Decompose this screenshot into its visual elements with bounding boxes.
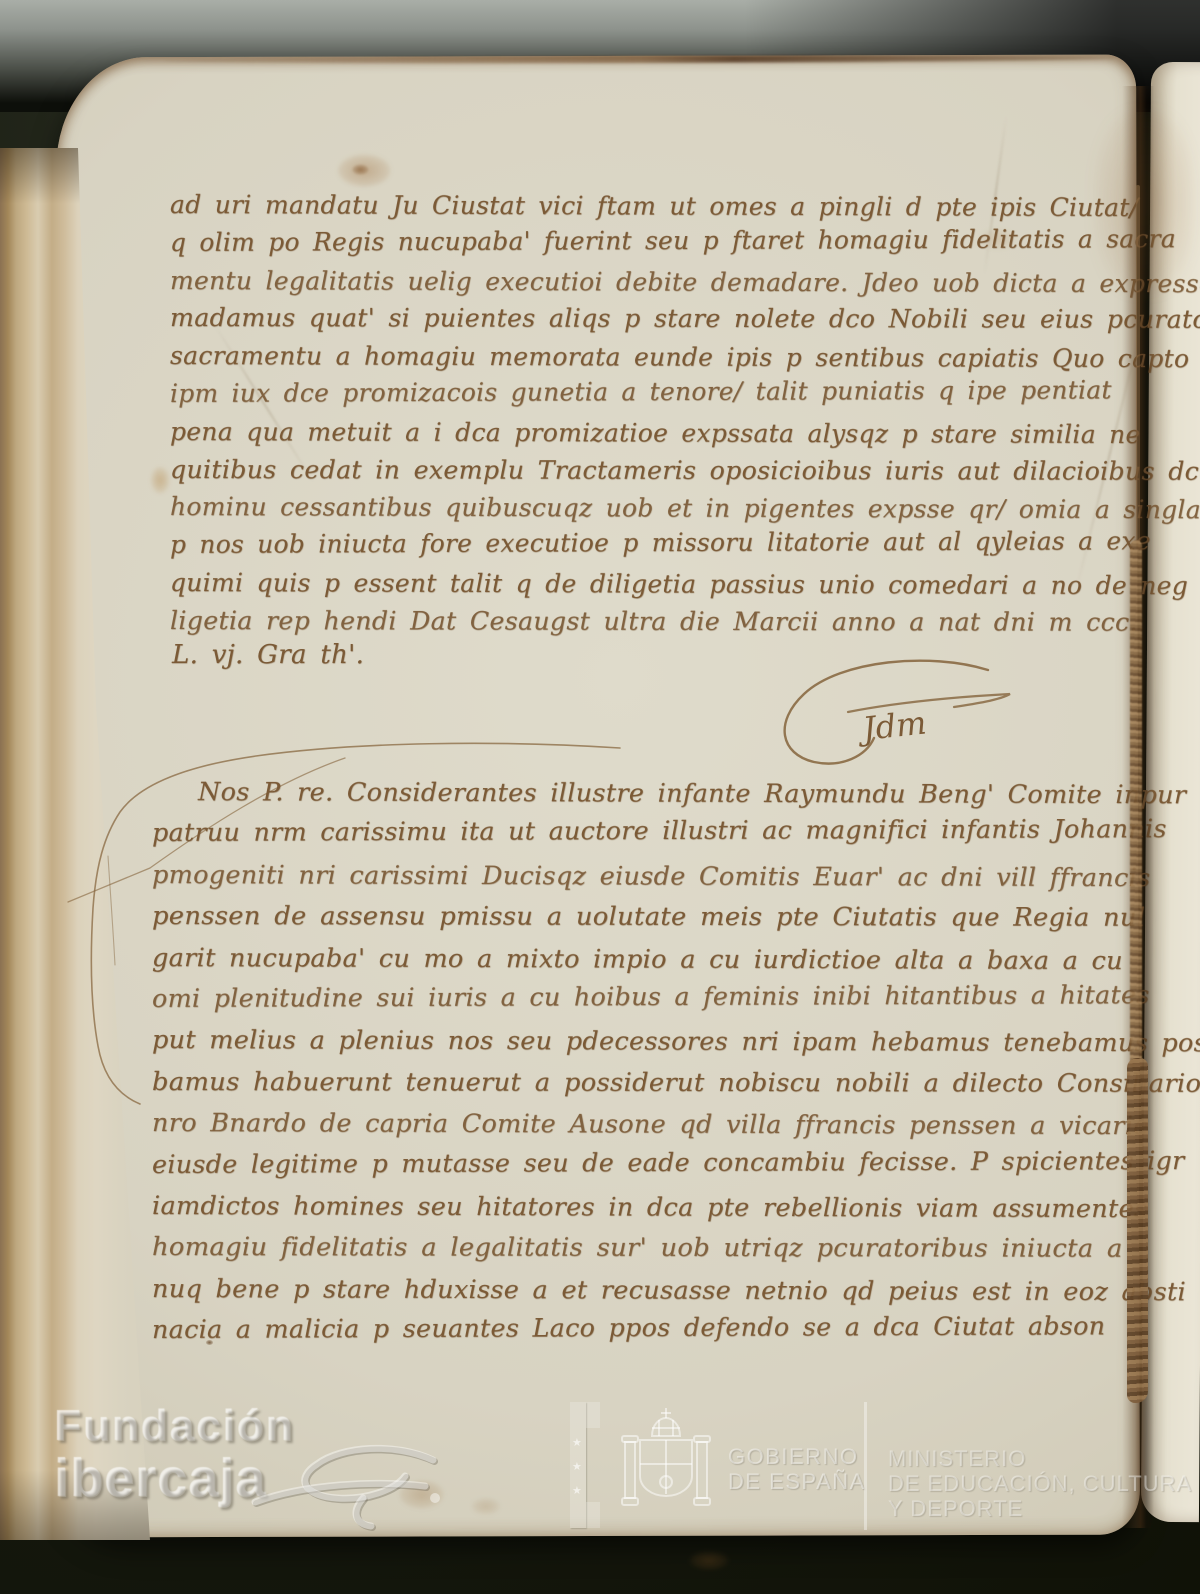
torn-page-stub [1127, 1058, 1148, 1403]
manuscript-line: p nos uob iniucta fore executioe p misso… [170, 523, 1060, 564]
manuscript-photo: ad uri mandatu Ju Ciustat vici ftam ut o… [0, 0, 1200, 1594]
ibercaja-logo-icon [243, 1436, 453, 1532]
eu-star-icon: ★ [572, 1484, 582, 1497]
manuscript-line: quimi quis p essent talit q de diligetia… [170, 564, 1064, 605]
manuscript-line: eiusde legitime p mutasse seu de eade co… [152, 1141, 1064, 1186]
manuscript-line: pena qua metuit a i dca promizatioe exps… [170, 413, 1064, 454]
torn-page-stub [1130, 540, 1142, 1070]
paper-stain [151, 467, 169, 493]
ministry-line2: DE EDUCACIÓN, CULTURA [888, 1471, 1192, 1496]
torn-page-stub [1136, 185, 1140, 550]
manuscript-paragraph-1: ad uri mandatu Ju Ciustat vici ftam ut o… [170, 186, 1064, 640]
manuscript-line: ipm iux dce promizacois gunetia a tenore… [170, 372, 1060, 413]
manuscript-line: put melius a plenius nos seu pdecessores… [152, 1020, 1068, 1064]
manuscript-line: q olim po Regis nucupaba' fuerint seu p … [170, 220, 1060, 261]
page-burnt-top-edge [164, 55, 1114, 64]
manuscript-line: mentu legalitatis uelig executioi debite… [170, 262, 1064, 303]
spain-coat-of-arms-icon [618, 1406, 714, 1518]
manuscript-line: quitibus cedat in exemplu Tractameris op… [170, 451, 1073, 490]
manuscript-line: madamus quat' si puientes aliqs p stare … [170, 299, 1073, 338]
manuscript-paragraph-2: Nos P. re. Considerantes illustre infant… [152, 772, 1068, 1352]
ministry-line1: MINISTERIO [888, 1446, 1192, 1471]
gobierno-line2: DE ESPAÑA [728, 1469, 866, 1494]
eu-star-icon: ★ [572, 1460, 582, 1473]
paper-stain [352, 165, 368, 175]
eu-star-icon: ★ [572, 1436, 582, 1449]
paper-stain [690, 1552, 728, 1570]
eu-stars-bar-tab [586, 1402, 600, 1428]
manuscript-line: bamus habuerunt tenuerut a possiderut no… [152, 1062, 1077, 1105]
watermark-divider [864, 1402, 867, 1530]
manuscript-line: ligetia rep hendi Dat Cesaugst ultra die… [170, 602, 1073, 641]
manuscript-line: iamdictos homines seu hitatores in dca p… [152, 1186, 1068, 1230]
manuscript-line: homagiu fidelitatis a legalitatis sur' u… [152, 1227, 1077, 1270]
government-watermark: ★ ★ ★ GOBIE [570, 1400, 1170, 1534]
ibercaja-watermark: Fundación ibercaja [55, 1398, 475, 1538]
eu-stars-bar-tab [586, 1502, 600, 1528]
manuscript-line: nacia a malicia p seuantes Laco ppos def… [152, 1307, 1064, 1352]
paper-stain [472, 1498, 500, 1514]
idem-word: Jdm [855, 704, 928, 749]
manuscript-line: penssen de assensu pmissu a uolutate mei… [152, 896, 1077, 939]
manuscript-line: patruu nrm carissimu ita ut auctore illu… [152, 810, 1064, 855]
manuscript-catchline: L. vj. Gra th'. [172, 640, 364, 670]
ministry-label: MINISTERIO DE EDUCACIÓN, CULTURA Y DEPOR… [888, 1446, 1192, 1521]
gobierno-label: GOBIERNO DE ESPAÑA [728, 1444, 866, 1494]
ink-dot [206, 1340, 213, 1345]
manuscript-line: nro Bnardo de capria Comite Ausone qd vi… [152, 1103, 1068, 1147]
manuscript-line: pmogeniti nri carissimi Ducisqz eiusde C… [152, 855, 1068, 899]
ministry-line3: Y DEPORTE [888, 1496, 1192, 1521]
ibercaja-watermark-line2: ibercaja [55, 1448, 267, 1510]
gobierno-line1: GOBIERNO [728, 1444, 866, 1469]
manuscript-line: omi plenitudine sui iuris a cu hoibus a … [152, 976, 1064, 1021]
idem-flourish: Jdm [770, 650, 1040, 780]
